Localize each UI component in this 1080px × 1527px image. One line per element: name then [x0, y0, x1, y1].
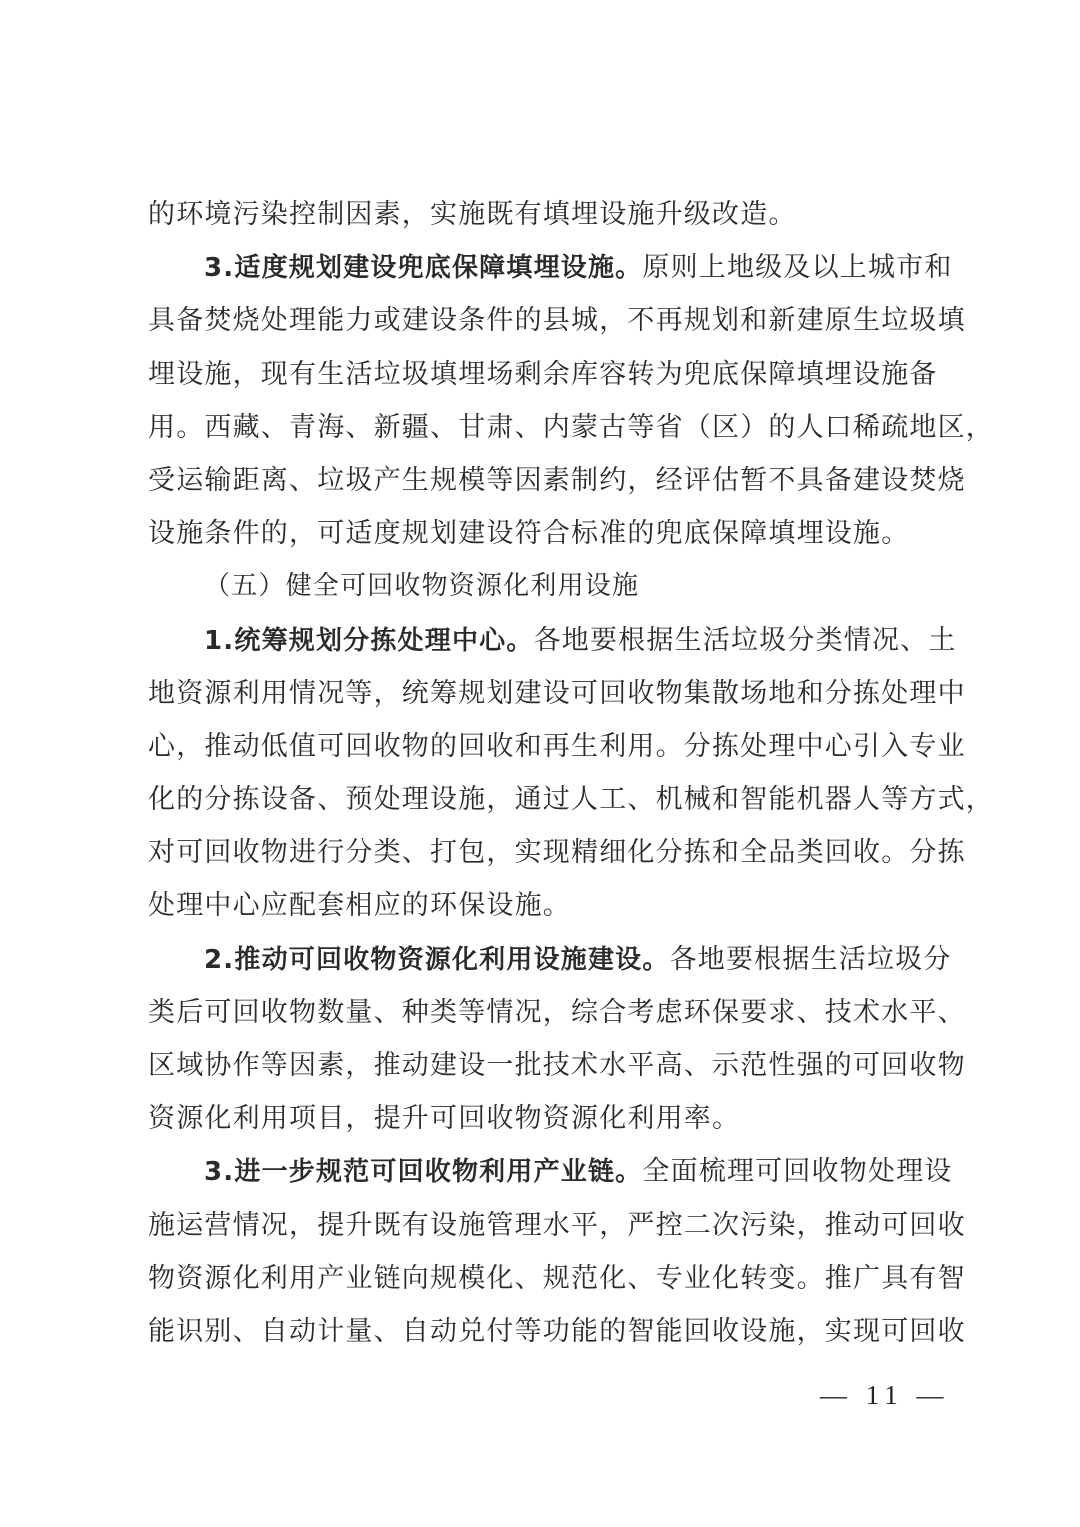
paragraph-line: 施运营情况，提升既有设施管理水平，严控二次污染，推动可回收: [148, 1199, 934, 1252]
paragraph-line: 心，推动低值可回收物的回收和再生利用。分拣处理中心引入专业: [148, 720, 934, 773]
paragraph-line: 3.进一步规范可回收物利用产业链。全面梳理可回收物处理设: [148, 1145, 934, 1198]
paragraph-line: 能识别、自动计量、自动兑付等功能的智能回收设施，实现可回收: [148, 1305, 934, 1358]
paragraph-line: 地资源利用情况等，统筹规划建设可回收物集散场地和分拣处理中: [148, 667, 934, 720]
page-number: — 11 —: [820, 1380, 950, 1411]
item-heading: 1.统筹规划分拣处理中心。: [204, 626, 534, 656]
item-text: 全面梳理可回收物处理设: [642, 1156, 952, 1187]
document-page: 的环境污染控制因素，实施既有填埋设施升级改造。 3.适度规划建设兜底保障填埋设施…: [148, 188, 934, 1358]
paragraph-line: 2.推动可回收物资源化利用设施建设。各地要根据生活垃圾分: [148, 933, 934, 986]
paragraph-line: 区域协作等因素，推动建设一批技术水平高、示范性强的可回收物: [148, 1039, 934, 1092]
paragraph-line: 3.适度规划建设兜底保障填埋设施。原则上地级及以上城市和: [148, 241, 934, 294]
paragraph-line: 的环境污染控制因素，实施既有填埋设施升级改造。: [148, 188, 934, 241]
paragraph-line: 用。西藏、青海、新疆、甘肃、内蒙古等省（区）的人口稀疏地区，: [148, 401, 934, 454]
paragraph-line: 1.统筹规划分拣处理中心。各地要根据生活垃圾分类情况、土: [148, 614, 934, 667]
section-title: （五）健全可回收物资源化利用设施: [148, 560, 934, 613]
paragraph-line: 物资源化利用产业链向规模化、规范化、专业化转变。推广具有智: [148, 1252, 934, 1305]
paragraph-line: 资源化利用项目，提升可回收物资源化利用率。: [148, 1092, 934, 1145]
item-text: 各地要根据生活垃圾分类情况、土: [534, 625, 957, 656]
paragraph-line: 类后可回收物数量、种类等情况，综合考虑环保要求、技术水平、: [148, 986, 934, 1039]
paragraph-line: 受运输距离、垃圾产生规模等因素制约，经评估暂不具备建设焚烧: [148, 454, 934, 507]
paragraph-line: 埋设施，现有生活垃圾填埋场剩余库容转为兜底保障填埋设施备: [148, 348, 934, 401]
paragraph-line: 具备焚烧处理能力或建设条件的县城，不再规划和新建原生垃圾填: [148, 294, 934, 347]
item-heading: 3.进一步规范可回收物利用产业链。: [204, 1157, 642, 1187]
item-heading: 2.推动可回收物资源化利用设施建设。: [204, 945, 670, 975]
item-text: 原则上地级及以上城市和: [642, 252, 952, 283]
paragraph-line: 化的分拣设备、预处理设施，通过人工、机械和智能机器人等方式，: [148, 773, 934, 826]
paragraph-line: 处理中心应配套相应的环保设施。: [148, 879, 934, 932]
paragraph-line: 对可回收物进行分类、打包，实现精细化分拣和全品类回收。分拣: [148, 826, 934, 879]
item-heading: 3.适度规划建设兜底保障填埋设施。: [204, 253, 642, 283]
paragraph-line: 设施条件的，可适度规划建设符合标准的兜底保障填埋设施。: [148, 507, 934, 560]
item-text: 各地要根据生活垃圾分: [670, 944, 952, 975]
